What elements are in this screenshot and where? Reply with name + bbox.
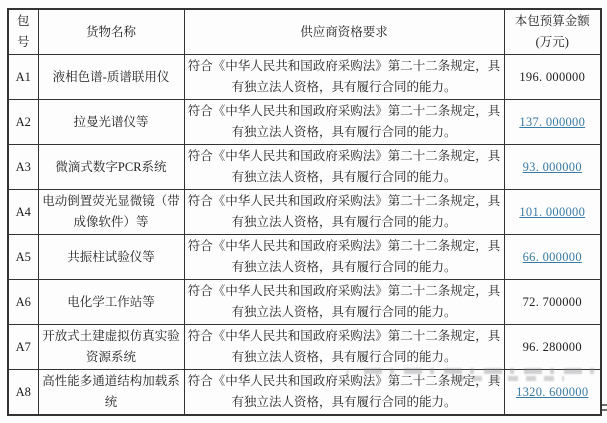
package-no-cell: A4 — [8, 190, 38, 235]
goods-name-cell: 电动倒置荧光显微镜（带成像软件）等 — [38, 190, 184, 235]
budget-amount-link[interactable]: 1320. 600000 — [516, 385, 588, 399]
col-header-budget-amount: 本包预算金额(万元) — [504, 9, 601, 55]
table-row: A6 电化学工作站等 符合《中华人民共和国政府采购法》第二十二条规定，具有独立法… — [8, 280, 601, 325]
package-no-cell: A3 — [8, 145, 38, 190]
budget-amount-cell: 196. 000000 — [504, 55, 601, 100]
table-row: A4 电动倒置荧光显微镜（带成像软件）等 符合《中华人民共和国政府采购法》第二十… — [8, 190, 601, 235]
procurement-table: 包号 货物名称 供应商资格要求 本包预算金额(万元) A1 液相色谱-质谱联用仪… — [7, 8, 602, 416]
package-no-cell: A5 — [8, 235, 38, 280]
budget-amount-value: 72. 700000 — [523, 295, 582, 309]
supplier-requirement-cell: 符合《中华人民共和国政府采购法》第二十二条规定，具有独立法人资格，具有履行合同的… — [184, 100, 504, 145]
table-row: A8 高性能多通道结构加载系统 符合《中华人民共和国政府采购法》第二十二条规定，… — [8, 370, 601, 416]
package-no-cell: A6 — [8, 280, 38, 325]
package-no-cell: A8 — [8, 370, 38, 416]
budget-amount-link[interactable]: 66. 000000 — [523, 250, 582, 264]
document-page: 包号 货物名称 供应商资格要求 本包预算金额(万元) A1 液相色谱-质谱联用仪… — [0, 0, 607, 423]
table-row: A3 微滴式数字PCR系统 符合《中华人民共和国政府采购法》第二十二条规定，具有… — [8, 145, 601, 190]
header-row: 包号 货物名称 供应商资格要求 本包预算金额(万元) — [8, 9, 601, 55]
budget-amount-cell: 72. 700000 — [504, 280, 601, 325]
goods-name-cell: 微滴式数字PCR系统 — [38, 145, 184, 190]
goods-name-cell: 共振柱试验仪等 — [38, 235, 184, 280]
package-no-cell: A1 — [8, 55, 38, 100]
supplier-requirement-cell: 符合《中华人民共和国政府采购法》第二十二条规定，具有独立法人资格，具有履行合同的… — [184, 190, 504, 235]
budget-amount-link[interactable]: 137. 000000 — [519, 115, 585, 129]
goods-name-cell: 电化学工作站等 — [38, 280, 184, 325]
goods-name-cell: 开放式土建虚拟仿真实验资源系统 — [38, 325, 184, 370]
budget-amount-cell: 93. 000000 — [504, 145, 601, 190]
budget-amount-value: 96. 280000 — [523, 340, 582, 354]
goods-name-cell: 拉曼光谱仪等 — [38, 100, 184, 145]
supplier-requirement-cell: 符合《中华人民共和国政府采购法》第二十二条规定，具有独立法人资格，具有履行合同的… — [184, 145, 504, 190]
col-header-supplier-requirement: 供应商资格要求 — [184, 9, 504, 55]
goods-name-cell: 高性能多通道结构加载系统 — [38, 370, 184, 416]
table-row: A1 液相色谱-质谱联用仪 符合《中华人民共和国政府采购法》第二十二条规定，具有… — [8, 55, 601, 100]
supplier-requirement-cell: 符合《中华人民共和国政府采购法》第二十二条规定，具有独立法人资格，具有履行合同的… — [184, 235, 504, 280]
supplier-requirement-cell: 符合《中华人民共和国政府采购法》第二十二条规定，具有独立法人资格，具有履行合同的… — [184, 325, 504, 370]
col-header-package-no: 包号 — [8, 9, 38, 55]
col-header-goods-name: 货物名称 — [38, 9, 184, 55]
budget-amount-cell: 101. 000000 — [504, 190, 601, 235]
supplier-requirement-cell: 符合《中华人民共和国政府采购法》第二十二条规定，具有独立法人资格，具有履行合同的… — [184, 280, 504, 325]
budget-amount-cell: 66. 000000 — [504, 235, 601, 280]
goods-name-cell: 液相色谱-质谱联用仪 — [38, 55, 184, 100]
budget-amount-cell: 137. 000000 — [504, 100, 601, 145]
budget-amount-cell: 1320. 600000 — [504, 370, 601, 416]
edge-glyph-fragment — [602, 402, 607, 415]
package-no-cell: A7 — [8, 325, 38, 370]
table-row: A7 开放式土建虚拟仿真实验资源系统 符合《中华人民共和国政府采购法》第二十二条… — [8, 325, 601, 370]
package-no-cell: A2 — [8, 100, 38, 145]
supplier-requirement-cell: 符合《中华人民共和国政府采购法》第二十二条规定，具有独立法人资格，具有履行合同的… — [184, 55, 504, 100]
table-body: A1 液相色谱-质谱联用仪 符合《中华人民共和国政府采购法》第二十二条规定，具有… — [8, 55, 601, 416]
table-row: A5 共振柱试验仪等 符合《中华人民共和国政府采购法》第二十二条规定，具有独立法… — [8, 235, 601, 280]
budget-amount-value: 196. 000000 — [519, 70, 585, 84]
supplier-requirement-cell: 符合《中华人民共和国政府采购法》第二十二条规定，具有独立法人资格，具有履行合同的… — [184, 370, 504, 416]
budget-amount-link[interactable]: 101. 000000 — [519, 205, 585, 219]
budget-amount-cell: 96. 280000 — [504, 325, 601, 370]
table-row: A2 拉曼光谱仪等 符合《中华人民共和国政府采购法》第二十二条规定，具有独立法人… — [8, 100, 601, 145]
budget-amount-link[interactable]: 93. 000000 — [523, 160, 582, 174]
